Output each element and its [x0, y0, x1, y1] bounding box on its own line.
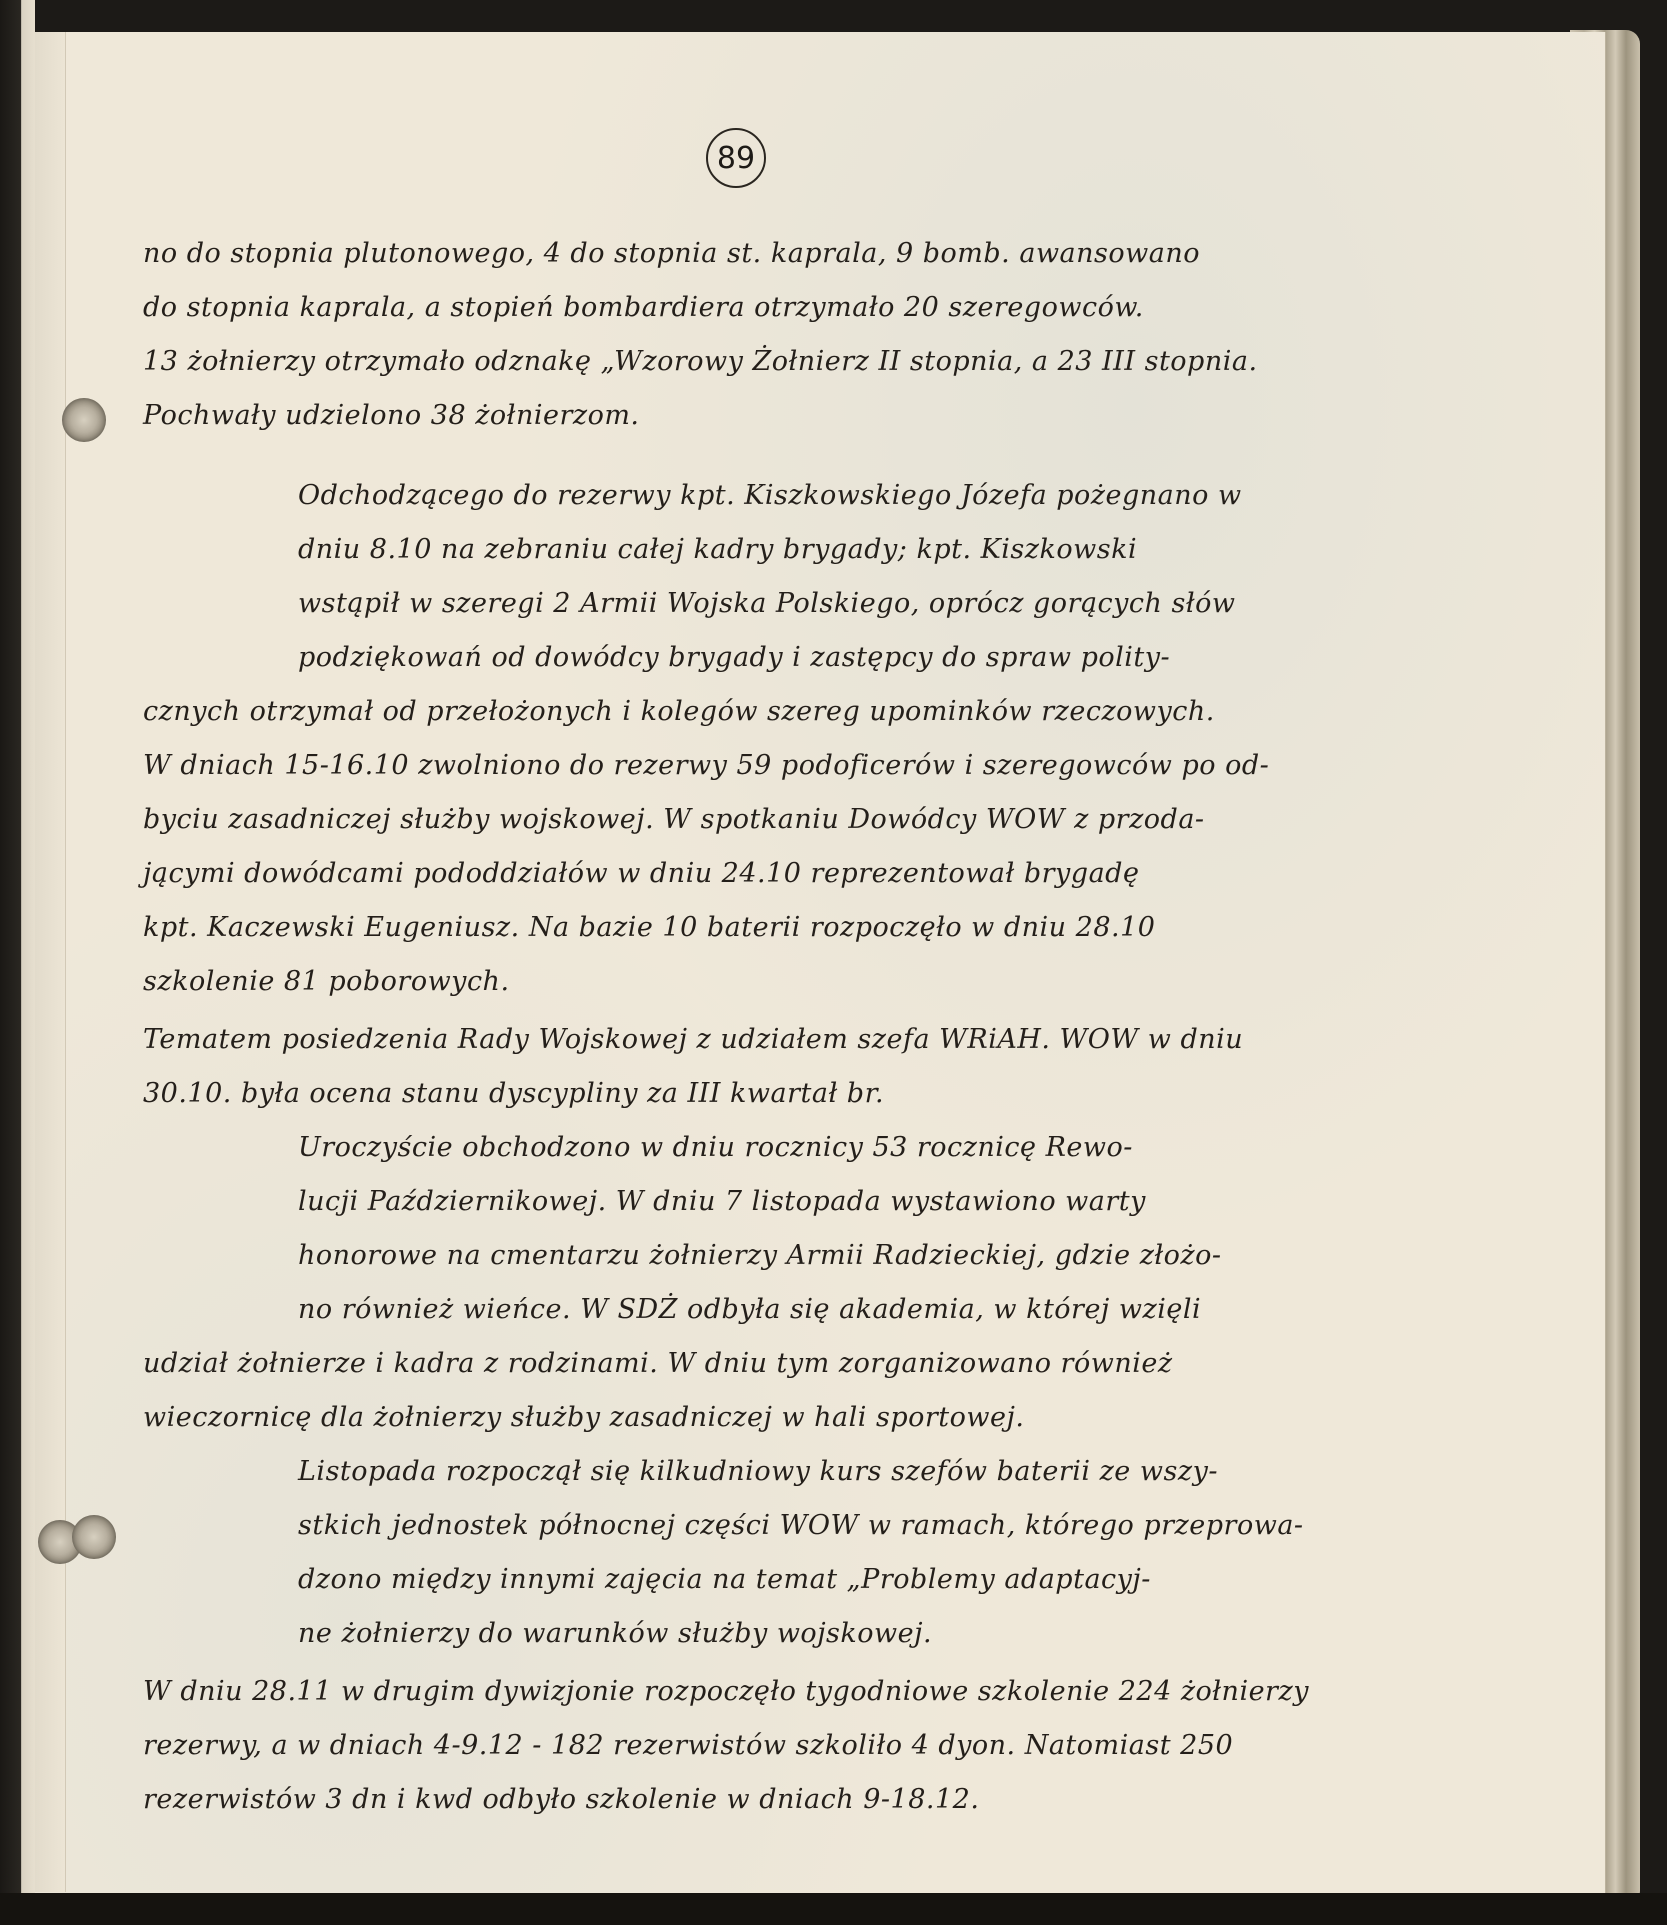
- text-line: cznych otrzymał od przełożonych i kolegó…: [143, 696, 1215, 727]
- text-line: byciu zasadniczej służby wojskowej. W sp…: [143, 804, 1205, 835]
- text-line: dzono między innymi zajęcia na temat „Pr…: [298, 1564, 1151, 1595]
- text-line: rezerwy, a w dniach 4-9.12 - 182 rezerwi…: [143, 1730, 1233, 1761]
- text-line: Odchodzącego do rezerwy kpt. Kiszkowskie…: [298, 480, 1242, 511]
- text-line: wstąpił w szeregi 2 Armii Wojska Polskie…: [298, 588, 1236, 619]
- text-line: jącymi dowódcami pododdziałów w dniu 24.…: [143, 858, 1139, 889]
- text-line: udział żołnierze i kadra z rodzinami. W …: [143, 1348, 1173, 1379]
- text-line: Pochwały udzielono 38 żołnierzom.: [143, 400, 640, 431]
- text-line: W dniu 28.11 w drugim dywizjonie rozpocz…: [143, 1676, 1309, 1707]
- text-line: Tematem posiedzenia Rady Wojskowej z udz…: [143, 1024, 1243, 1055]
- text-line: 13 żołnierzy otrzymało odznakę „Wzorowy …: [143, 346, 1258, 377]
- text-line: ne żołnierzy do warunków służby wojskowe…: [298, 1618, 932, 1649]
- text-line: kpt. Kaczewski Eugeniusz. Na bazie 10 ba…: [143, 912, 1155, 943]
- text-line: honorowe na cmentarzu żołnierzy Armii Ra…: [298, 1240, 1222, 1271]
- text-line: no do stopnia plutonowego, 4 do stopnia …: [143, 238, 1200, 269]
- text-line: stkich jednostek północnej części WOW w …: [298, 1510, 1304, 1541]
- handwritten-text-block: no do stopnia plutonowego, 4 do stopnia …: [0, 0, 1667, 1925]
- text-line: szkolenie 81 poborowych.: [143, 966, 510, 997]
- text-line: wieczornicę dla żołnierzy służby zasadni…: [143, 1402, 1024, 1433]
- text-line: no również wieńce. W SDŻ odbyła się akad…: [298, 1294, 1201, 1325]
- text-line: podziękowań od dowódcy brygady i zastępc…: [298, 642, 1170, 673]
- text-line: dniu 8.10 na zebraniu całej kadry brygad…: [298, 534, 1137, 565]
- text-line: rezerwistów 3 dn i kwd odbyło szkolenie …: [143, 1784, 979, 1815]
- text-line: 30.10. była ocena stanu dyscypliny za II…: [143, 1078, 884, 1109]
- text-line: Uroczyście obchodzono w dniu rocznicy 53…: [298, 1132, 1133, 1163]
- text-line: do stopnia kaprala, a stopień bombardier…: [143, 292, 1144, 323]
- text-line: W dniach 15-16.10 zwolniono do rezerwy 5…: [143, 750, 1269, 781]
- text-line: Listopada rozpoczął się kilkudniowy kurs…: [298, 1456, 1218, 1487]
- text-line: lucji Październikowej. W dniu 7 listopad…: [298, 1186, 1146, 1217]
